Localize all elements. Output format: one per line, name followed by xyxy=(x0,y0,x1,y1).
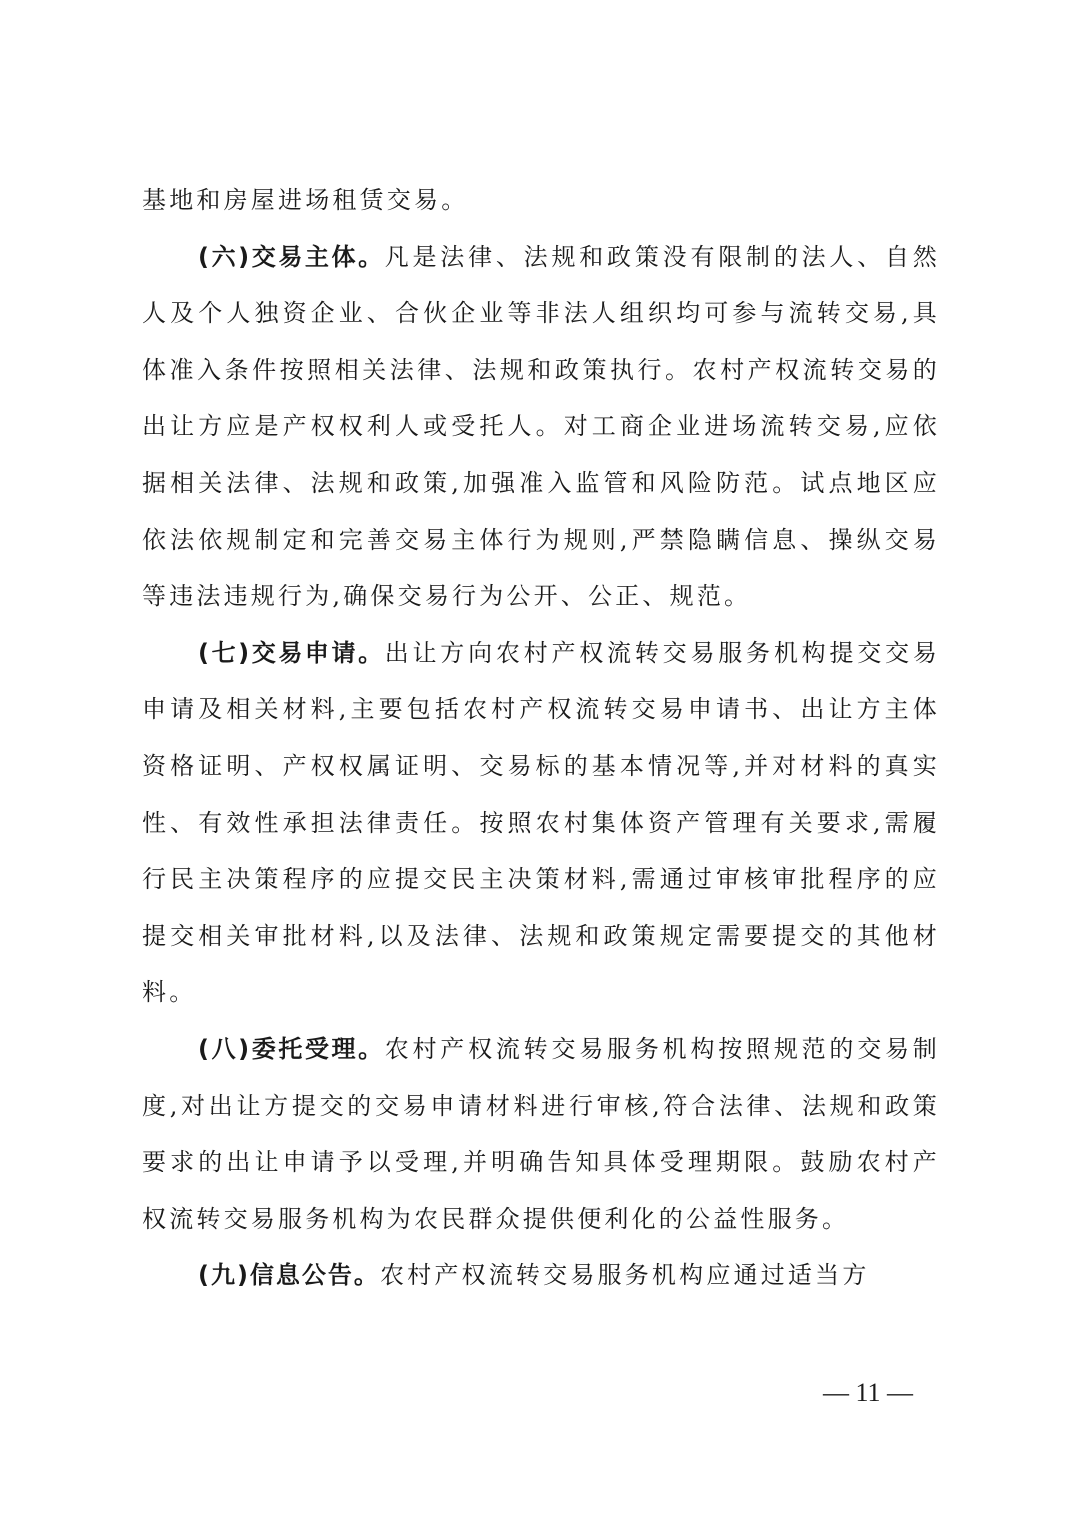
paragraph-text: 农村产权流转交易服务机构按照规范的交易制度,对出让方提交的交易申请材料进行审核,… xyxy=(142,1035,940,1233)
section-heading: (六)交易主体。 xyxy=(198,243,385,271)
paragraph-text: 凡是法律、法规和政策没有限制的法人、自然人及个人独资企业、合伙企业等非法人组织均… xyxy=(142,243,940,611)
paragraph-text: 基地和房屋进场租赁交易。 xyxy=(142,186,468,214)
paragraph-entrusted-acceptance: (八)委托受理。农村产权流转交易服务机构按照规范的交易制度,对出让方提交的交易申… xyxy=(142,1021,940,1247)
paragraph-trading-application: (七)交易申请。出让方向农村产权流转交易服务机构提交交易申请及相关材料,主要包括… xyxy=(142,625,940,1021)
paragraph-information-announcement: (九)信息公告。农村产权流转交易服务机构应通过适当方 xyxy=(142,1247,940,1304)
paragraph-trading-subject: (六)交易主体。凡是法律、法规和政策没有限制的法人、自然人及个人独资企业、合伙企… xyxy=(142,229,940,625)
paragraph-continuation: 基地和房屋进场租赁交易。 xyxy=(142,172,940,229)
section-heading: (七)交易申请。 xyxy=(198,639,385,667)
section-heading: (八)委托受理。 xyxy=(198,1035,385,1063)
document-body: 基地和房屋进场租赁交易。 (六)交易主体。凡是法律、法规和政策没有限制的法人、自… xyxy=(142,172,940,1304)
section-heading: (九)信息公告。 xyxy=(198,1261,380,1289)
paragraph-text: 农村产权流转交易服务机构应通过适当方 xyxy=(380,1261,870,1289)
page-number: — 11 — xyxy=(818,1378,918,1408)
paragraph-text: 出让方向农村产权流转交易服务机构提交交易申请及相关材料,主要包括农村产权流转交易… xyxy=(142,639,940,1007)
